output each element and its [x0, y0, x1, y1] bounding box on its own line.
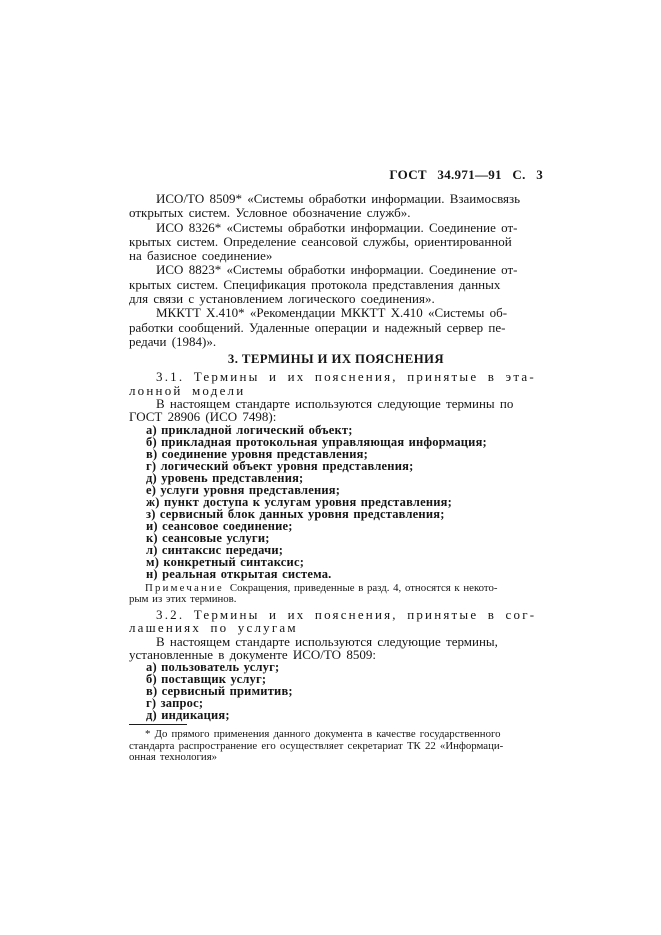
term-item: г) логический объект уровня представлени…	[146, 460, 543, 472]
references-block: ИСО/ТО 8509* «Системы обработки информац…	[129, 192, 543, 349]
term-item: а) прикладной логический объект;	[146, 424, 543, 436]
term-item: н) реальная открытая система.	[146, 568, 543, 580]
reference-paragraph: МККТТ Х.410* «Рекомендации МККТТ Х.410 «…	[129, 306, 543, 349]
clause-3-1-intro: В настоящем стандарте используются следу…	[129, 397, 543, 424]
reference-paragraph: ИСО 8326* «Системы обработки информации.…	[129, 221, 543, 264]
term-item: ж) пункт доступа к услугам уровня предст…	[146, 496, 543, 508]
term-item: м) конкретный синтаксис;	[146, 556, 543, 568]
footnote-text: * До прямого применения данного документ…	[129, 729, 543, 763]
document-page: ГОСТ 34.971—91 С. 3 ИСО/ТО 8509* «Систем…	[0, 0, 661, 935]
reference-paragraph: ИСО/ТО 8509* «Системы обработки информац…	[129, 192, 543, 221]
term-item: е) услуги уровня представления;	[146, 484, 543, 496]
term-item: б) прикладная протокольная управляющая и…	[146, 436, 543, 448]
term-item: д) уровень представления;	[146, 472, 543, 484]
note-paragraph: ПримечаниеСокращения, приведенные в разд…	[129, 583, 543, 605]
note-label: Примечание	[145, 582, 224, 594]
term-item: и) сеансовое соединение;	[146, 520, 543, 532]
terms-list-3-2: а) пользователь услуг;б) поставщик услуг…	[129, 661, 543, 721]
clause-3-2-heading: 3.2. Термины и их пояснения, принятые в …	[129, 608, 543, 635]
term-item: в) соединение уровня представления;	[146, 448, 543, 460]
term-item: з) сервисный блок данных уровня представ…	[146, 508, 543, 520]
clause-3-2-intro: В настоящем стандарте используются следу…	[129, 635, 543, 662]
terms-list-3-1: а) прикладной логический объект;б) прикл…	[129, 424, 543, 580]
footnote-separator	[129, 724, 187, 725]
term-item: л) синтаксис передачи;	[146, 544, 543, 556]
term-item: в) сервисный примитив;	[146, 685, 543, 697]
term-item: д) индикация;	[146, 709, 543, 721]
reference-paragraph: ИСО 8823* «Системы обработки информации.…	[129, 263, 543, 306]
clause-3-1-heading: 3.1. Термины и их пояснения, принятые в …	[129, 370, 543, 397]
page-header: ГОСТ 34.971—91 С. 3	[129, 167, 543, 182]
page-content: ГОСТ 34.971—91 С. 3 ИСО/ТО 8509* «Систем…	[129, 167, 543, 763]
term-item: к) сеансовые услуги;	[146, 532, 543, 544]
section-3-title: 3. ТЕРМИНЫ И ИХ ПОЯСНЕНИЯ	[129, 352, 543, 367]
